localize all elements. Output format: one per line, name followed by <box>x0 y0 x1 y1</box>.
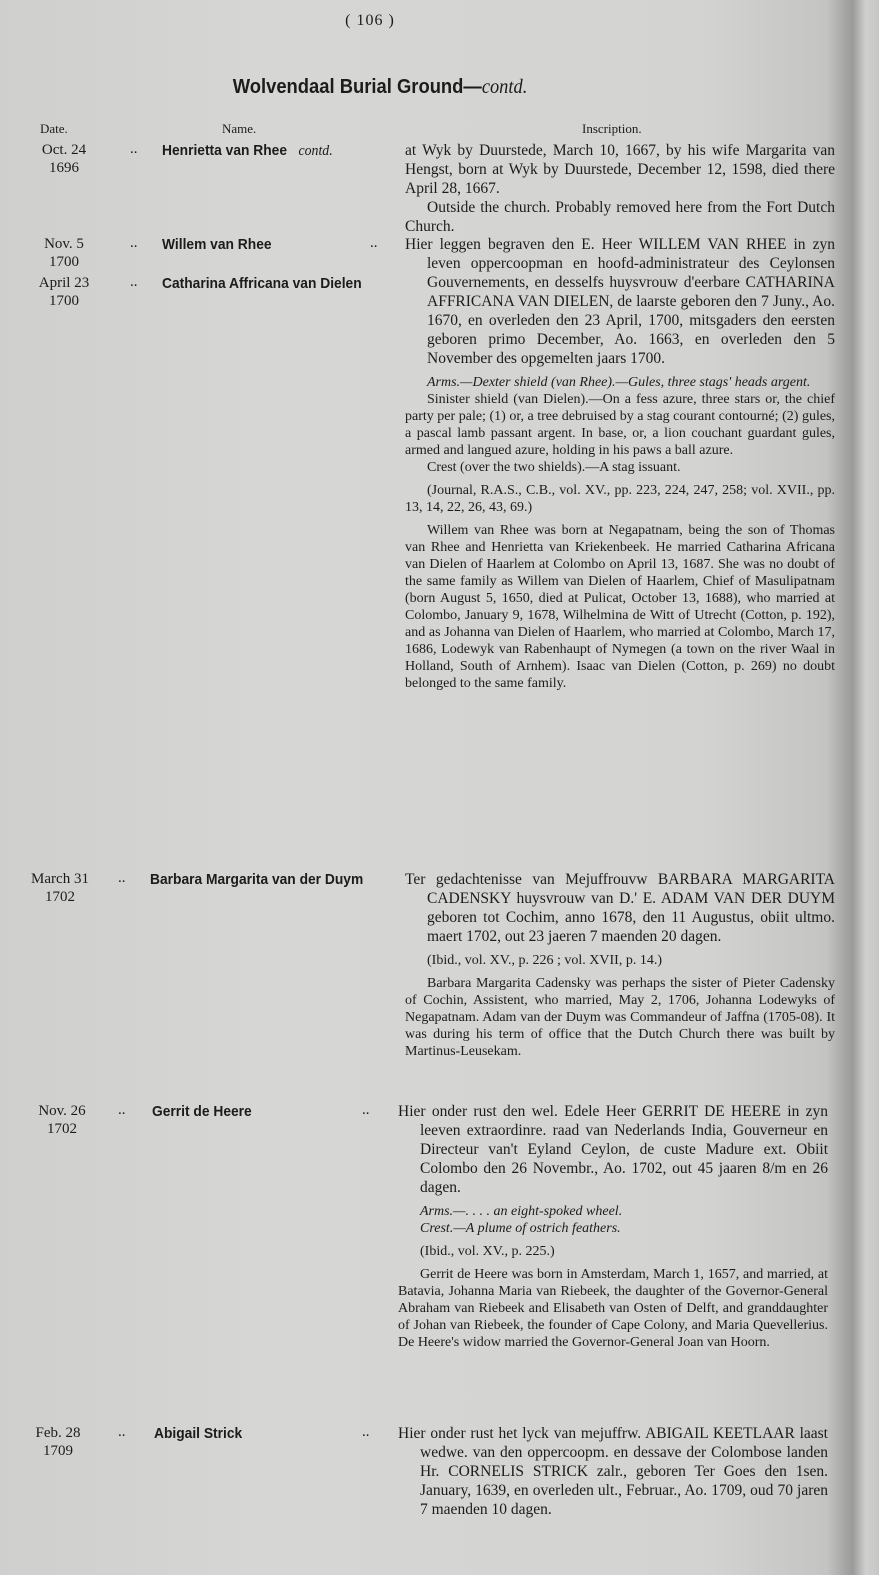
leader-dots: .. <box>370 235 378 252</box>
entry-date: Nov. 261702 <box>22 1102 102 1138</box>
entry-name: Willem van Rhee <box>162 235 272 254</box>
entry-inscription: Hier leggen begraven den E. Heer WILLEM … <box>405 235 835 692</box>
page-number: ( 106 ) <box>0 12 740 30</box>
entry-date: Feb. 281709 <box>18 1424 98 1460</box>
entry-date: April 231700 <box>24 274 104 310</box>
column-header-date: Date. <box>40 121 68 137</box>
leader-dots: .. <box>362 1424 370 1441</box>
leader-dots: .. <box>130 235 138 252</box>
leader-dots: .. <box>118 870 126 887</box>
entry-inscription: at Wyk by Duurstede, March 10, 1667, by … <box>405 141 835 236</box>
entry-name: Henrietta van Rhee contd. <box>162 141 333 161</box>
leader-dots: .. <box>118 1424 126 1441</box>
column-header-inscription: Inscription. <box>582 121 642 137</box>
entry-date: Oct. 241696 <box>24 141 104 177</box>
leader-dots: .. <box>362 1102 370 1119</box>
entry-inscription: Ter gedachtenisse van Mejuffrouvw BARBAR… <box>405 870 835 1060</box>
leader-dots: .. <box>118 1102 126 1119</box>
entry-name: Barbara Margarita van der Duym <box>150 870 385 889</box>
leader-dots: .. <box>130 274 138 291</box>
entry-inscription: Hier onder rust den wel. Edele Heer GERR… <box>398 1102 828 1351</box>
leader-dots: .. <box>130 141 138 158</box>
entry-date: March 311702 <box>20 870 100 906</box>
entry-inscription: Hier onder rust het lyck van mejuffrw. A… <box>398 1424 828 1519</box>
page-title: Wolvendaal Burial Ground—contd. <box>30 76 729 99</box>
title-contd: contd. <box>482 76 527 98</box>
entry-date: Nov. 51700 <box>24 235 104 271</box>
column-header-name: Name. <box>222 121 256 137</box>
entry-name: Catharina Affricana van Dielen <box>162 274 392 293</box>
entry-name: Abigail Strick <box>154 1424 242 1443</box>
entry-name: Gerrit de Heere <box>152 1102 252 1121</box>
title-main: Wolvendaal Burial Ground— <box>233 76 482 98</box>
